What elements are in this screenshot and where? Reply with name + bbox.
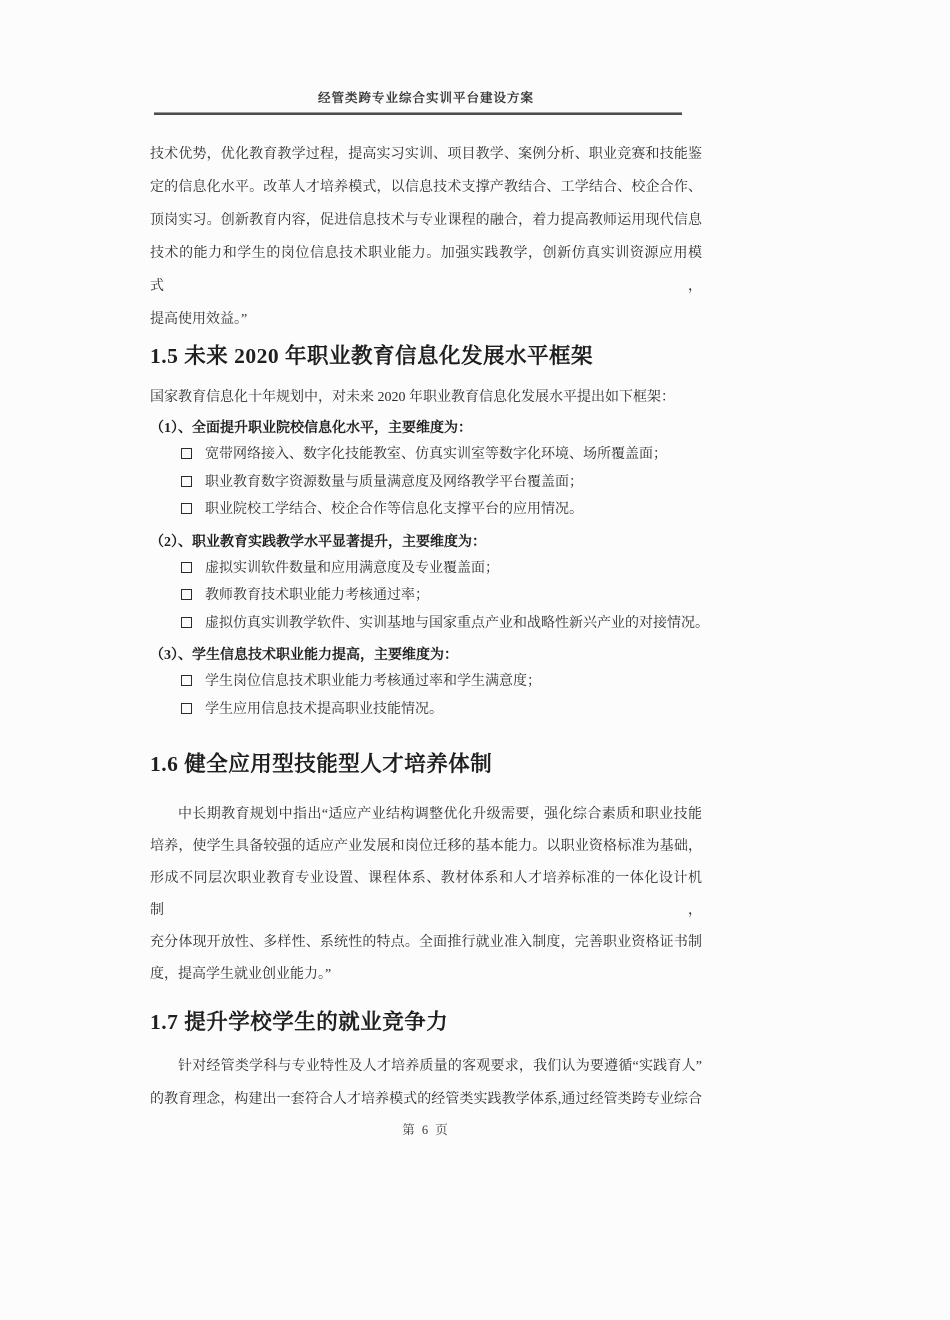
paragraph-line: 提高使用效益。” (150, 303, 702, 336)
checklist-group-3: 学生岗位信息技术职业能力考核通过率和学生满意度； 学生应用信息技术提高职业技能情… (150, 668, 702, 723)
page-number: 第 6 页 (150, 1120, 702, 1138)
checklist-item-text: 学生岗位信息技术职业能力考核通过率和学生满意度； (205, 674, 541, 689)
group-title-2: （2）、职业教育实践教学水平显著提升，主要维度为： (150, 530, 702, 555)
checklist-item: 虚拟实训软件数量和应用满意度及专业覆盖面； (181, 555, 702, 583)
checklist-item-text: 宽带网络接入、数字化技能教室、仿真实训室等数字化环境、场所覆盖面； (205, 447, 667, 462)
paragraph-line: 的教育理念，构建出一套符合人才培养模式的经管类实践教学体系,通过经管类跨专业综合 (150, 1083, 702, 1116)
checklist-item: 虚拟仿真实训教学软件、实训基地与国家重点产业和战略性新兴产业的对接情况。 (181, 610, 702, 638)
checklist-item: 教师教育技术职业能力考核通过率； (181, 582, 702, 610)
content-column: 经管类跨专业综合实训平台建设方案 技术优势，优化教育教学过程，提高实习实训、项目… (150, 0, 702, 1138)
checkbox-icon (181, 589, 192, 600)
checkbox-icon (181, 503, 192, 514)
checklist-item: 宽带网络接入、数字化技能教室、仿真实训室等数字化环境、场所覆盖面； (181, 441, 702, 469)
section-1-7-paragraph: 针对经管类学科与专业特性及人才培养质量的客观要求，我们认为要遵循“实践育人” 的… (150, 1050, 702, 1116)
checkbox-icon (181, 617, 192, 628)
checkbox-icon (181, 448, 192, 459)
section-1-5-lead: 国家教育信息化十年规划中，对未来 2020 年职业教育信息化发展水平提出如下框架… (150, 386, 702, 410)
checklist-item-text: 教师教育技术职业能力考核通过率； (205, 588, 429, 603)
section-heading-1-7: 1.7 提升学校学生的就业竞争力 (150, 1007, 702, 1037)
paragraph-line: 定的信息化水平。改革人才培养模式，以信息技术支撑产教结合、工学结合、校企合作、 (150, 171, 702, 204)
paragraph-line: 针对经管类学科与专业特性及人才培养质量的客观要求，我们认为要遵循“实践育人” (150, 1050, 702, 1083)
section-heading-1-5: 1.5 未来 2020 年职业教育信息化发展水平框架 (150, 341, 702, 371)
paragraph-line: 技术的能力和学生的岗位信息技术职业能力。加强实践教学，创新仿真实训资源应用模式， (150, 237, 702, 303)
checkbox-icon (181, 562, 192, 573)
paragraph-line: 充分体现开放性、多样性、系统性的特点。全面推行就业准入制度，完善职业资格证书制 (150, 927, 702, 959)
checklist-item-text: 职业院校工学结合、校企合作等信息化支撑平台的应用情况。 (205, 502, 583, 517)
checklist-item-text: 学生应用信息技术提高职业技能情况。 (205, 702, 443, 717)
checkbox-icon (181, 675, 192, 686)
checklist-group-1: 宽带网络接入、数字化技能教室、仿真实训室等数字化环境、场所覆盖面； 职业教育数字… (150, 441, 702, 524)
checklist-item: 职业院校工学结合、校企合作等信息化支撑平台的应用情况。 (181, 496, 702, 524)
paragraph-line: 中长期教育规划中指出“适应产业结构调整优化升级需要，强化综合素质和职业技能 (150, 799, 702, 831)
section-heading-1-6: 1.6 健全应用型技能型人才培养体制 (150, 749, 702, 779)
paragraph-line: 技术优势，优化教育教学过程，提高实习实训、项目教学、案例分析、职业竞赛和技能鉴 (150, 138, 702, 171)
checklist-item: 学生岗位信息技术职业能力考核通过率和学生满意度； (181, 668, 702, 696)
checkbox-icon (181, 703, 192, 714)
section-1-6-paragraph: 中长期教育规划中指出“适应产业结构调整优化升级需要，强化综合素质和职业技能 培养… (150, 799, 702, 991)
page-header: 经管类跨专业综合实训平台建设方案 (150, 88, 702, 115)
group-title-3: （3）、学生信息技术职业能力提高，主要维度为： (150, 643, 702, 668)
checkbox-icon (181, 476, 192, 487)
checklist-item-text: 职业教育数字资源数量与质量满意度及网络教学平台覆盖面； (205, 475, 583, 490)
paragraph-line: 形成不同层次职业教育专业设置、课程体系、教材体系和人才培养标准的一体化设计机制， (150, 863, 702, 927)
checklist-item-text: 虚拟实训软件数量和应用满意度及专业覆盖面； (205, 561, 499, 576)
group-title-1: （1）、全面提升职业院校信息化水平，主要维度为： (150, 416, 702, 441)
paragraph-line: 培养，使学生具备较强的适应产业发展和岗位迁移的基本能力。以职业资格标准为基础， (150, 831, 702, 863)
paragraph-line: 度，提高学生就业创业能力。” (150, 959, 702, 991)
paragraph-line: 顶岗实习。创新教育内容，促进信息技术与专业课程的融合，着力提高教师运用现代信息 (150, 204, 702, 237)
running-header-title: 经管类跨专业综合实训平台建设方案 (150, 88, 702, 106)
intro-paragraph: 技术优势，优化教育教学过程，提高实习实训、项目教学、案例分析、职业竞赛和技能鉴 … (150, 138, 702, 336)
header-rule (154, 112, 682, 115)
checklist-item-text: 虚拟仿真实训教学软件、实训基地与国家重点产业和战略性新兴产业的对接情况。 (205, 616, 709, 631)
checklist-item: 学生应用信息技术提高职业技能情况。 (181, 696, 702, 724)
checklist-group-2: 虚拟实训软件数量和应用满意度及专业覆盖面； 教师教育技术职业能力考核通过率； 虚… (150, 555, 702, 638)
document-page: 经管类跨专业综合实训平台建设方案 技术优势，优化教育教学过程，提高实习实训、项目… (0, 0, 950, 1320)
checklist-item: 职业教育数字资源数量与质量满意度及网络教学平台覆盖面； (181, 469, 702, 497)
